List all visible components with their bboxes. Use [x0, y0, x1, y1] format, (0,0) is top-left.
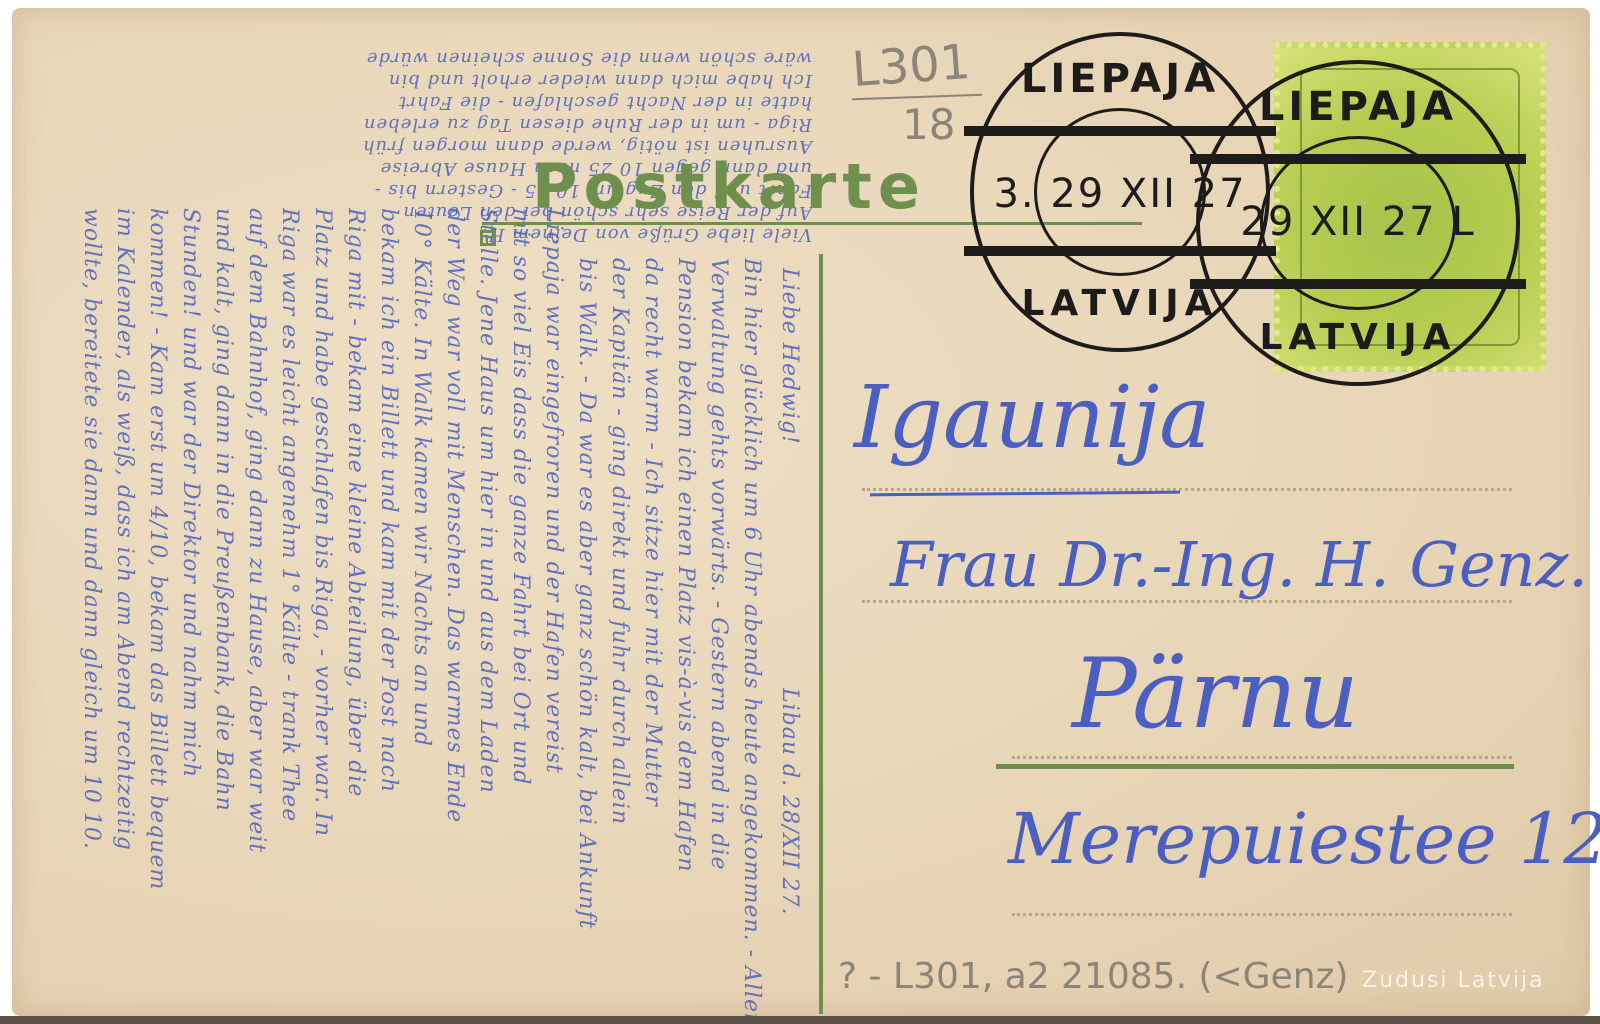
message-line: Pension bekam ich einen Platz vis-à-vis … — [673, 258, 698, 873]
postmark-country: LATVIJA — [1200, 317, 1516, 358]
postcard: Libau d. 28/XII 27. Liebe Hedwig! Bin hi… — [12, 8, 1590, 1016]
postmark-2: LIEPAJA 29 XII 27 L LATVIJA — [1196, 60, 1520, 386]
printed-title: Postkarte — [532, 150, 926, 223]
pencil-reference: L301 — [850, 34, 972, 98]
message-line: Platz und habe geschlafen bis Riga, - vo… — [310, 208, 335, 837]
address-dotted-line — [1012, 913, 1512, 916]
country-underline — [870, 491, 1180, 497]
address-country: Igaunija — [854, 368, 1211, 468]
message-line: Liepaja war eingefroren und der Hafen ve… — [541, 208, 566, 774]
address-printed-rule — [996, 764, 1514, 769]
message-line: auf dem Bahnhof, ging dann zu Hause, abe… — [244, 208, 269, 853]
pencil-reference-sub: 18 — [902, 100, 955, 149]
message-line: bis Walk. - Da war es aber ganz schön ka… — [574, 258, 599, 930]
message-line: bekam ich ein Billett und kam mit der Po… — [376, 208, 401, 793]
message-line: Riga war es leicht angenehm 1° Kälte - t… — [277, 208, 302, 822]
message-line: kommen! - Kam erst um 4/10, bekam das Bi… — [145, 208, 170, 890]
message-place-date: Libau d. 28/XII 27. — [777, 688, 802, 916]
postmark-city: LIEPAJA — [1200, 84, 1516, 130]
message-inverted-line: Riga - um in der Ruhe diesen Tag zu erle… — [363, 114, 812, 135]
message-line: 10° Kälte. In Walk kamen wir Nachts an u… — [409, 208, 434, 747]
postmark-bar — [1190, 279, 1526, 289]
message-line: im Kalender, als weiß, dass ich am Abend… — [112, 208, 137, 851]
address-street: Merepuiestee 12. — [1008, 798, 1600, 880]
message-line: wollte, bereitete sie dann und dann glei… — [79, 208, 104, 850]
message-line: und kalt, ging dann in die Preußenbank, … — [211, 208, 236, 812]
message-line: Verwaltung gehts vorwärts. - Gestern abe… — [706, 258, 731, 870]
message-inverted-line: Ich habe mich dann wieder erholt und bin — [388, 70, 812, 91]
message-salutation: Liebe Hedwig! — [777, 268, 802, 445]
message-line: Riga mit - bekam eine kleine Abteilung, … — [343, 208, 368, 797]
address-dotted-line — [862, 488, 1512, 491]
message-inverted-line: Viele liebe Grüße von Deinem H. — [481, 224, 812, 245]
message-line: Stunden! und war der Direktor und nahm m… — [178, 208, 203, 778]
message-line: da recht warm - Ich sitze hier mit der M… — [640, 258, 665, 807]
message-line: mit so viel Eis dass die ganze Fahrt bei… — [508, 208, 533, 785]
message-line: der Kapitän - ging direkt und fuhr durch… — [607, 258, 632, 825]
watermark: Zudusi Latvija — [1362, 968, 1545, 993]
postmark-bar — [1190, 154, 1526, 164]
message-address-divider — [819, 254, 823, 1014]
pencil-archive-note: ? - L301, a2 21085. (<Genz) — [838, 956, 1348, 997]
postmark-date: 29 XII 27 L — [1200, 199, 1516, 245]
address-city: Pärnu — [1072, 638, 1359, 750]
message-inverted-line: hatte in der Nacht geschlafen - die Fahr… — [398, 92, 812, 113]
scan-edge — [0, 1016, 1600, 1024]
greek-key-ornament-icon — [480, 230, 496, 246]
message-line: der Weg war voll mit Menschen. Das warme… — [442, 208, 467, 823]
address-recipient: Frau Dr.-Ing. H. Genz. — [890, 528, 1588, 601]
message-line: Bin hier glücklich um 6 Uhr abends heute… — [739, 258, 764, 1018]
message-inverted-line: wäre schön wenn die Sonne scheinen würde — [366, 48, 812, 69]
address-dotted-line — [1012, 756, 1512, 759]
message-line: Stelle. Jene Haus um hier in und aus dem… — [475, 208, 500, 794]
